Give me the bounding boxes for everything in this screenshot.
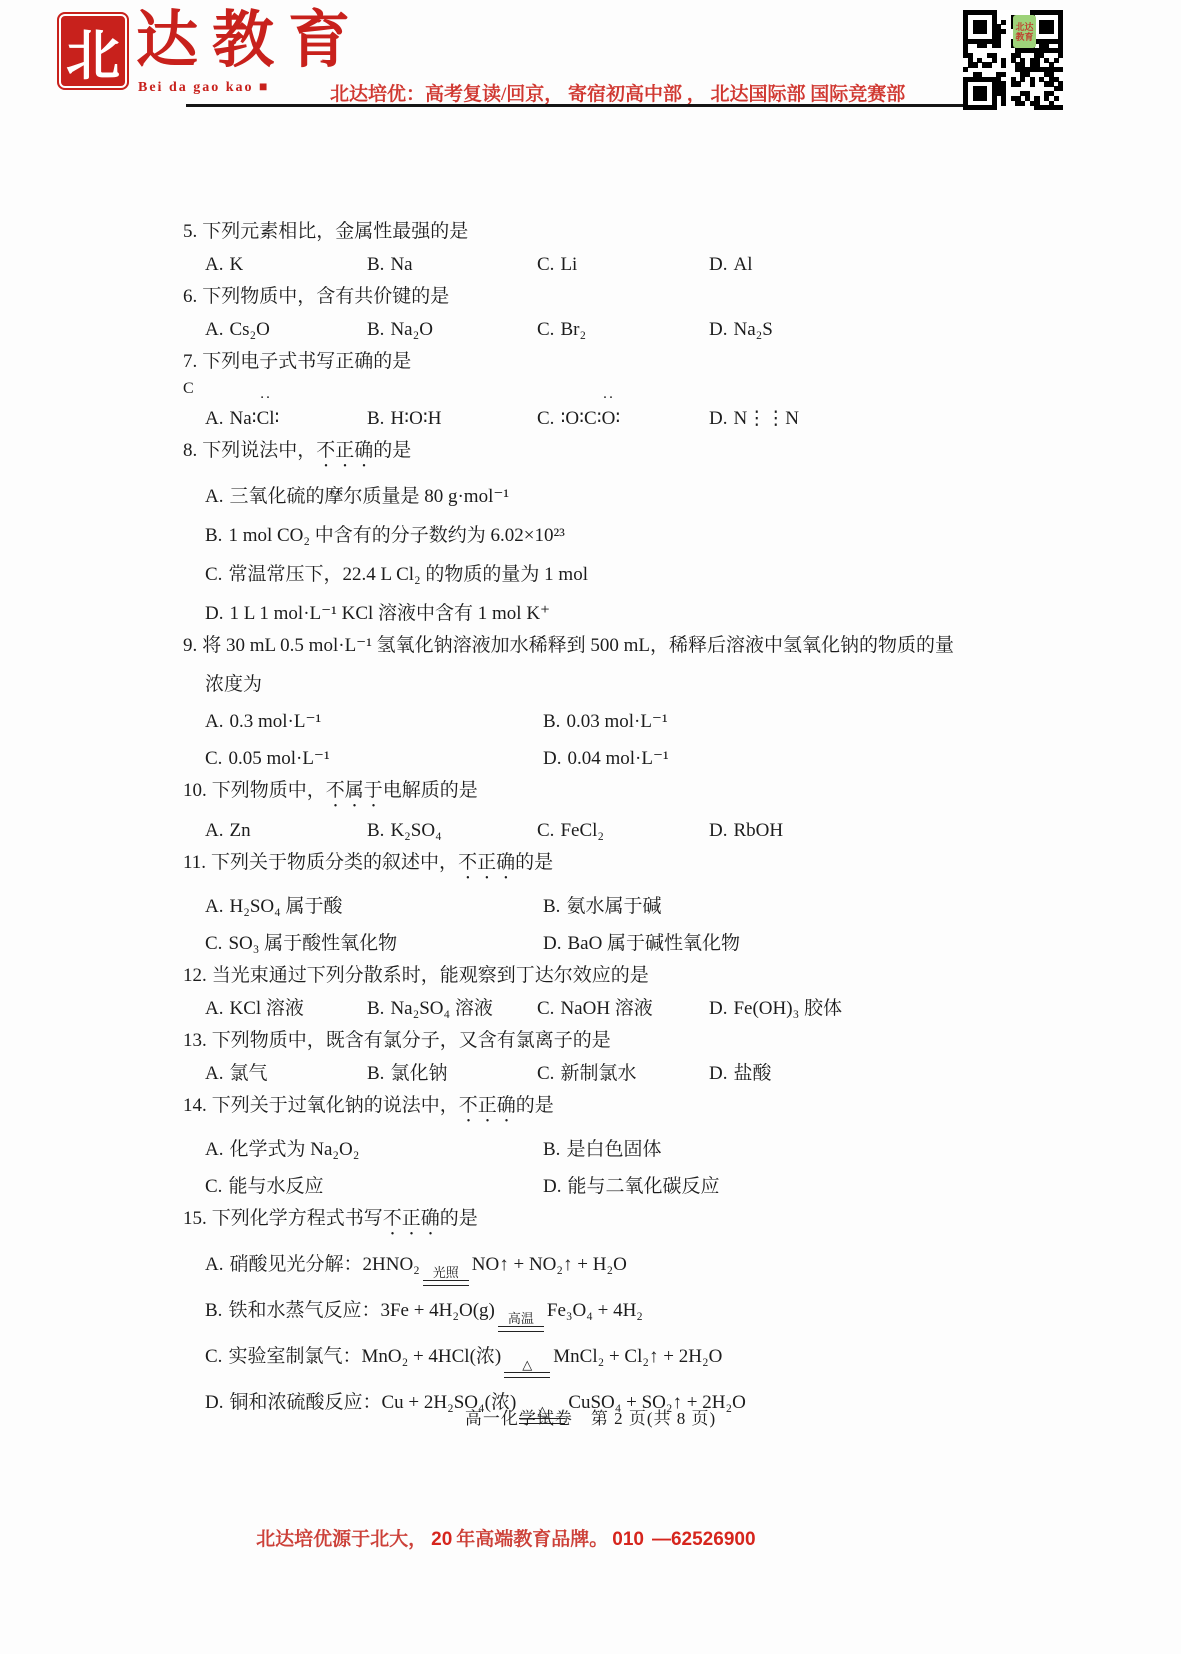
option-c: C.Br₂ bbox=[537, 316, 709, 344]
header: 北 达教育 Bei da gao kao ■ 北达培优：高考复读/回京， 寄宿初… bbox=[0, 0, 1181, 120]
option-label: D. bbox=[543, 748, 561, 769]
option-text: 化学式为 Na₂O₂ bbox=[229, 1139, 359, 1160]
option-b: B.1 mol CO₂ 中含有的分子数约为 6.02×10²³ bbox=[205, 522, 1018, 550]
emphasized-text: 不正确 bbox=[316, 440, 373, 461]
header-rule bbox=[186, 104, 1008, 107]
option-label: A. bbox=[205, 820, 223, 841]
option-text: Na₂SO₄ 溶液 bbox=[390, 998, 492, 1019]
option-label: A. bbox=[205, 408, 223, 429]
option-a: A.K bbox=[205, 251, 367, 279]
option-text: K bbox=[229, 254, 243, 275]
option-c: C.SO₃ 属于酸性氧化物 bbox=[205, 930, 543, 958]
option-label: B. bbox=[367, 408, 384, 429]
question-text: 7.下列电子式书写正确的是 bbox=[183, 348, 1018, 376]
option-label: D. bbox=[709, 319, 727, 340]
options-row: A.Na∶Cl∶ B.H∶O∶H C.∶O∶C∶O∶ D.N⋮⋮N bbox=[205, 405, 1018, 433]
option-text: 0.05 mol·L⁻¹ bbox=[228, 748, 329, 769]
option-label: C. bbox=[205, 1346, 222, 1367]
option-b: B.Na₂O bbox=[367, 316, 537, 344]
option-label: C. bbox=[537, 998, 554, 1019]
question-10: 10.下列物质中，不属于电解质的是 A.Zn B.K₂SO₄ C.FeCl₂ D… bbox=[183, 777, 1018, 845]
option-text: 能与二氧化碳反应 bbox=[567, 1176, 719, 1197]
option-b-equation: B.铁和水蒸气反应：3Fe + 4H₂O(g)高温Fe₃O₄ + 4H₂ bbox=[205, 1297, 1018, 1332]
option-c-equation: C.实验室制氯气：MnO₂ + 4HCl(浓)△MnCl₂ + Cl₂↑ + 2… bbox=[205, 1343, 1018, 1378]
question-11: 11.下列关于物质分类的叙述中，不正确的是 A.H₂SO₄ 属于酸 B.氨水属于… bbox=[183, 849, 1018, 958]
option-text: KCl 溶液 bbox=[229, 998, 303, 1019]
option-c: C.能与水反应 bbox=[205, 1173, 543, 1201]
option-label: D. bbox=[205, 603, 223, 624]
promo-text: 北达培优源于北大， bbox=[256, 1529, 427, 1550]
question-number: 12. bbox=[183, 965, 207, 986]
option-a: A.氯气 bbox=[205, 1060, 367, 1088]
equation-rhs: Fe₃O₄ + 4H₂ bbox=[547, 1300, 643, 1321]
option-label: C. bbox=[537, 408, 554, 429]
option-text: K₂SO₄ bbox=[390, 820, 441, 841]
option-text: BaO 属于碱性氧化物 bbox=[567, 933, 740, 954]
equation-lhs: 3Fe + 4H₂O(g) bbox=[380, 1300, 494, 1321]
option-label: A. bbox=[205, 486, 223, 507]
question-text: 14.下列关于过氧化钠的说法中，不正确的是 bbox=[183, 1092, 1018, 1127]
option-label: A. bbox=[205, 896, 223, 917]
option-a: A.0.3 mol·L⁻¹ bbox=[205, 708, 543, 736]
option-d: D.0.04 mol·L⁻¹ bbox=[543, 745, 1018, 773]
equation-lhs: MnO₂ + 4HCl(浓) bbox=[361, 1346, 501, 1367]
option-text: Br₂ bbox=[560, 319, 586, 340]
option-a: A.H₂SO₄ 属于酸 bbox=[205, 893, 543, 921]
equation-description: 铁和水蒸气反应： bbox=[228, 1300, 380, 1321]
formula-segment: ∶ bbox=[615, 408, 620, 429]
option-d: D.RbOH bbox=[709, 817, 1018, 845]
option-text: Na₂O bbox=[390, 319, 433, 340]
equation-rhs: NO↑ + NO₂↑ + H₂O bbox=[472, 1254, 627, 1275]
question-number: 5. bbox=[183, 221, 197, 242]
option-label: C. bbox=[537, 1063, 554, 1084]
promo-years: 20 bbox=[431, 1529, 452, 1550]
equals-lines bbox=[423, 1280, 469, 1286]
emphasized-text: 不正确 bbox=[458, 852, 515, 873]
option-label: C. bbox=[205, 933, 222, 954]
options-row: A.K B.Na C.Li D.Al bbox=[205, 251, 1018, 279]
question-8: 8.下列说法中，不正确的是 A.三氧化硫的摩尔质量是 80 g·mol⁻¹ B.… bbox=[183, 437, 1018, 628]
reaction-condition: △ bbox=[504, 1358, 550, 1378]
brand-romanization: Bei da gao kao ■ bbox=[138, 80, 269, 96]
question-15: 15.下列化学方程式书写不正确的是 A.硝酸见光分解：2HNO₂光照NO↑ + … bbox=[183, 1205, 1018, 1424]
question-12: 12.当光束通过下列分散系时，能观察到丁达尔效应的是 A.KCl 溶液 B.Na… bbox=[183, 962, 1018, 1023]
condition-text: 光照 bbox=[433, 1266, 459, 1280]
option-a: A.Na∶Cl∶ bbox=[205, 405, 367, 433]
option-label: B. bbox=[367, 319, 384, 340]
question-14: 14.下列关于过氧化钠的说法中，不正确的是 A.化学式为 Na₂O₂ B.是白色… bbox=[183, 1092, 1018, 1201]
option-text: 盐酸 bbox=[733, 1063, 771, 1084]
equation-rhs: MnCl₂ + Cl₂↑ + 2H₂O bbox=[553, 1346, 722, 1367]
promo-text: 年高端教育品牌。 bbox=[456, 1529, 608, 1550]
formula-segment: N⋮⋮N bbox=[733, 408, 798, 429]
option-d: D.Na₂S bbox=[709, 316, 1018, 344]
option-text: 氨水属于碱 bbox=[566, 896, 661, 917]
option-b: B.Na bbox=[367, 251, 537, 279]
option-label: B. bbox=[543, 1139, 560, 1160]
option-label: D. bbox=[543, 933, 561, 954]
reaction-condition: 高温 bbox=[498, 1312, 544, 1332]
emphasized-text: 不正确 bbox=[459, 1095, 516, 1116]
option-label: A. bbox=[205, 1063, 223, 1084]
condition-text: 高温 bbox=[508, 1312, 534, 1326]
option-c: C.Li bbox=[537, 251, 709, 279]
question-number: 9. bbox=[183, 635, 197, 656]
option-label: A. bbox=[205, 319, 223, 340]
option-text: H₂SO₄ 属于酸 bbox=[229, 896, 342, 917]
qr-badge-text-bottom: 教育 bbox=[1015, 32, 1033, 42]
option-text: Al bbox=[733, 254, 752, 275]
question-text: 12.当光束通过下列分散系时，能观察到丁达尔效应的是 bbox=[183, 962, 1018, 990]
option-label: A. bbox=[205, 254, 223, 275]
question-text: 13.下列物质中，既含有氯分子，又含有氯离子的是 bbox=[183, 1027, 1018, 1055]
question-number: 13. bbox=[183, 1030, 207, 1051]
option-label: D. bbox=[543, 1176, 561, 1197]
option-d: D.盐酸 bbox=[709, 1060, 1018, 1088]
question-7: 7.下列电子式书写正确的是 C A.Na∶Cl∶ B.H∶O∶H C.∶O∶C∶… bbox=[183, 348, 1018, 433]
option-d: D.Al bbox=[709, 251, 1018, 279]
question-5: 5.下列元素相比，金属性最强的是 A.K B.Na C.Li D.Al bbox=[183, 218, 1018, 279]
brand-title: 达教育 bbox=[136, 2, 364, 80]
option-label: A. bbox=[205, 998, 223, 1019]
question-text: 11.下列关于物质分类的叙述中，不正确的是 bbox=[183, 849, 1018, 884]
option-c: C.新制氯水 bbox=[537, 1060, 709, 1088]
question-area: 5.下列元素相比，金属性最强的是 A.K B.Na C.Li D.Al 6.下列… bbox=[183, 218, 1018, 1428]
promo-phone-prefix: 010 bbox=[612, 1529, 644, 1550]
options-row: A.氯气 B.氯化钠 C.新制氯水 D.盐酸 bbox=[205, 1060, 1018, 1088]
option-label: C. bbox=[537, 254, 554, 275]
question-number: 7. bbox=[183, 351, 197, 372]
option-text: 氯化钠 bbox=[390, 1063, 447, 1084]
exam-page: 北 达教育 Bei da gao kao ■ 北达培优：高考复读/回京， 寄宿初… bbox=[0, 0, 1181, 1654]
options-row: A.Zn B.K₂SO₄ C.FeCl₂ D.RbOH bbox=[205, 817, 1018, 845]
options-row: C.能与水反应 D.能与二氧化碳反应 bbox=[205, 1173, 1018, 1201]
qr-badge-text-top: 北达 bbox=[1015, 22, 1033, 32]
question-text: 8.下列说法中，不正确的是 bbox=[183, 437, 1018, 472]
option-c: C.常温常压下，22.4 L Cl₂ 的物质的量为 1 mol bbox=[205, 561, 1018, 589]
option-text: 能与水反应 bbox=[228, 1176, 323, 1197]
option-label: B. bbox=[367, 820, 384, 841]
option-d: D.N⋮⋮N bbox=[709, 405, 1018, 433]
option-label: B. bbox=[543, 896, 560, 917]
equals-lines bbox=[498, 1326, 544, 1332]
option-text: Na bbox=[390, 254, 412, 275]
option-label: B. bbox=[367, 1063, 384, 1084]
option-d: D.1 L 1 mol·L⁻¹ KCl 溶液中含有 1 mol K⁺ bbox=[205, 600, 1018, 628]
option-text: Na₂S bbox=[733, 319, 772, 340]
equation-description: 硝酸见光分解： bbox=[229, 1254, 362, 1275]
option-d: D.Fe(OH)₃ 胶体 bbox=[709, 995, 1018, 1023]
option-label: D. bbox=[709, 998, 727, 1019]
options-row: A.Cs₂O B.Na₂O C.Br₂ D.Na₂S bbox=[205, 316, 1018, 344]
option-a: A.Zn bbox=[205, 817, 367, 845]
options-row: A.化学式为 Na₂O₂ B.是白色固体 bbox=[205, 1136, 1018, 1164]
qr-code: 北达 教育 bbox=[963, 10, 1063, 110]
option-b: B.氯化钠 bbox=[367, 1060, 537, 1088]
equation-description: 实验室制氯气： bbox=[228, 1346, 361, 1367]
question-text: 9.将 30 mL 0.5 mol·L⁻¹ 氢氧化钠溶液加水稀释到 500 mL… bbox=[183, 632, 1018, 660]
option-b: B.氨水属于碱 bbox=[543, 893, 1018, 921]
equation-lhs: 2HNO₂ bbox=[363, 1254, 420, 1275]
option-b: B.是白色固体 bbox=[543, 1136, 1018, 1164]
option-text: 0.03 mol·L⁻¹ bbox=[566, 711, 667, 732]
promo-line: 北达培优源于北大，20年高端教育品牌。010—62526900 bbox=[0, 1524, 1016, 1551]
option-b: B.Na₂SO₄ 溶液 bbox=[367, 995, 537, 1023]
option-c: C.0.05 mol·L⁻¹ bbox=[205, 745, 543, 773]
emphasized-text: 不正确 bbox=[383, 1208, 440, 1229]
option-text: 是白色固体 bbox=[566, 1139, 661, 1160]
options-row: A.KCl 溶液 B.Na₂SO₄ 溶液 C.NaOH 溶液 D.Fe(OH)₃… bbox=[205, 995, 1018, 1023]
question-number: 6. bbox=[183, 286, 197, 307]
option-text: FeCl₂ bbox=[560, 820, 604, 841]
page-footer: 高一化学试卷 第 2 页(共 8 页) bbox=[0, 1404, 1181, 1429]
options-row: C.SO₃ 属于酸性氧化物 D.BaO 属于碱性氧化物 bbox=[205, 930, 1018, 958]
option-text: 1 mol CO₂ 中含有的分子数约为 6.02×10²³ bbox=[228, 525, 564, 546]
option-text: 1 L 1 mol·L⁻¹ KCl 溶液中含有 1 mol K⁺ bbox=[229, 603, 550, 624]
question-text: 15.下列化学方程式书写不正确的是 bbox=[183, 1205, 1018, 1240]
option-text: SO₃ 属于酸性氧化物 bbox=[228, 933, 397, 954]
options-row: C.0.05 mol·L⁻¹ D.0.04 mol·L⁻¹ bbox=[205, 745, 1018, 773]
option-text: 0.3 mol·L⁻¹ bbox=[229, 711, 321, 732]
stray-print-mark: C bbox=[183, 378, 1018, 400]
option-a: A.化学式为 Na₂O₂ bbox=[205, 1136, 543, 1164]
formula-segment: Na∶ bbox=[229, 408, 256, 429]
option-text: 0.04 mol·L⁻¹ bbox=[567, 748, 668, 769]
formula-segment: ∶O∶C∶ bbox=[560, 408, 601, 429]
option-label: A. bbox=[205, 1139, 223, 1160]
option-label: A. bbox=[205, 1254, 223, 1275]
option-label: B. bbox=[205, 525, 222, 546]
equals-lines bbox=[504, 1372, 550, 1378]
option-label: D. bbox=[709, 408, 727, 429]
option-label: C. bbox=[537, 820, 554, 841]
option-c: C.∶O∶C∶O∶ bbox=[537, 405, 709, 433]
option-label: B. bbox=[205, 1300, 222, 1321]
formula-segment: H∶O∶H bbox=[390, 408, 441, 429]
option-label: B. bbox=[367, 998, 384, 1019]
option-label: D. bbox=[709, 254, 727, 275]
question-6: 6.下列物质中，含有共价键的是 A.Cs₂O B.Na₂O C.Br₂ D.Na… bbox=[183, 283, 1018, 344]
option-b: B.K₂SO₄ bbox=[367, 817, 537, 845]
option-c: C.NaOH 溶液 bbox=[537, 995, 709, 1023]
dotted-atom: Cl bbox=[257, 405, 275, 433]
question-text: 10.下列物质中，不属于电解质的是 bbox=[183, 777, 1018, 812]
question-number: 14. bbox=[183, 1095, 207, 1116]
option-label: A. bbox=[205, 711, 223, 732]
option-text: 三氧化硫的摩尔质量是 80 g·mol⁻¹ bbox=[229, 486, 509, 507]
options-row: A.0.3 mol·L⁻¹ B.0.03 mol·L⁻¹ bbox=[205, 708, 1018, 736]
option-label: D. bbox=[709, 1063, 727, 1084]
option-label: B. bbox=[367, 254, 384, 275]
option-text: NaOH 溶液 bbox=[560, 998, 652, 1019]
question-number: 11. bbox=[183, 852, 206, 873]
question-13: 13.下列物质中，既含有氯分子，又含有氯离子的是 A.氯气 B.氯化钠 C.新制… bbox=[183, 1027, 1018, 1088]
question-number: 15. bbox=[183, 1208, 207, 1229]
option-b: B.H∶O∶H bbox=[367, 405, 537, 433]
question-number: 10. bbox=[183, 780, 207, 801]
beida-seal-logo: 北 bbox=[57, 12, 129, 90]
reaction-condition: 光照 bbox=[423, 1266, 469, 1286]
promo-phone-number: —62526900 bbox=[652, 1529, 756, 1550]
emphasized-text: 不属于 bbox=[326, 780, 383, 801]
option-label: C. bbox=[205, 564, 222, 585]
option-a: A.三氧化硫的摩尔质量是 80 g·mol⁻¹ bbox=[205, 483, 1018, 511]
option-d: D.BaO 属于碱性氧化物 bbox=[543, 930, 1018, 958]
condition-text: △ bbox=[522, 1358, 532, 1372]
question-text: 6.下列物质中，含有共价键的是 bbox=[183, 283, 1018, 311]
option-text: Li bbox=[560, 254, 577, 275]
option-text: RbOH bbox=[733, 820, 783, 841]
question-text-continued: 浓度为 bbox=[205, 671, 1018, 699]
option-text: Cs₂O bbox=[229, 319, 269, 340]
option-label: D. bbox=[709, 820, 727, 841]
dotted-atom: O bbox=[602, 405, 616, 433]
options-row: A.H₂SO₄ 属于酸 B.氨水属于碱 bbox=[205, 893, 1018, 921]
question-9: 9.将 30 mL 0.5 mol·L⁻¹ 氢氧化钠溶液加水稀释到 500 mL… bbox=[183, 632, 1018, 773]
option-text: Zn bbox=[229, 820, 250, 841]
option-b: B.0.03 mol·L⁻¹ bbox=[543, 708, 1018, 736]
option-label: C. bbox=[205, 1176, 222, 1197]
option-a: A.KCl 溶液 bbox=[205, 995, 367, 1023]
question-text: 5.下列元素相比，金属性最强的是 bbox=[183, 218, 1018, 246]
qr-center-badge: 北达 教育 bbox=[1013, 15, 1036, 48]
option-text: Fe(OH)₃ 胶体 bbox=[733, 998, 841, 1019]
option-text: 常温常压下，22.4 L Cl₂ 的物质的量为 1 mol bbox=[228, 564, 588, 585]
option-c: C.FeCl₂ bbox=[537, 817, 709, 845]
option-label: B. bbox=[543, 711, 560, 732]
seal-character: 北 bbox=[66, 13, 120, 90]
option-a-equation: A.硝酸见光分解：2HNO₂光照NO↑ + NO₂↑ + H₂O bbox=[205, 1251, 1018, 1286]
option-text: 新制氯水 bbox=[560, 1063, 636, 1084]
option-a: A.Cs₂O bbox=[205, 316, 367, 344]
question-number: 8. bbox=[183, 440, 197, 461]
option-d: D.能与二氧化碳反应 bbox=[543, 1173, 1018, 1201]
option-text: 氯气 bbox=[229, 1063, 267, 1084]
formula-segment: ∶ bbox=[275, 408, 280, 429]
header-tagline: 北达培优：高考复读/回京， 寄宿初高中部 ， 北达国际部 国际竞赛部 bbox=[330, 79, 905, 106]
option-label: C. bbox=[205, 748, 222, 769]
option-label: C. bbox=[537, 319, 554, 340]
